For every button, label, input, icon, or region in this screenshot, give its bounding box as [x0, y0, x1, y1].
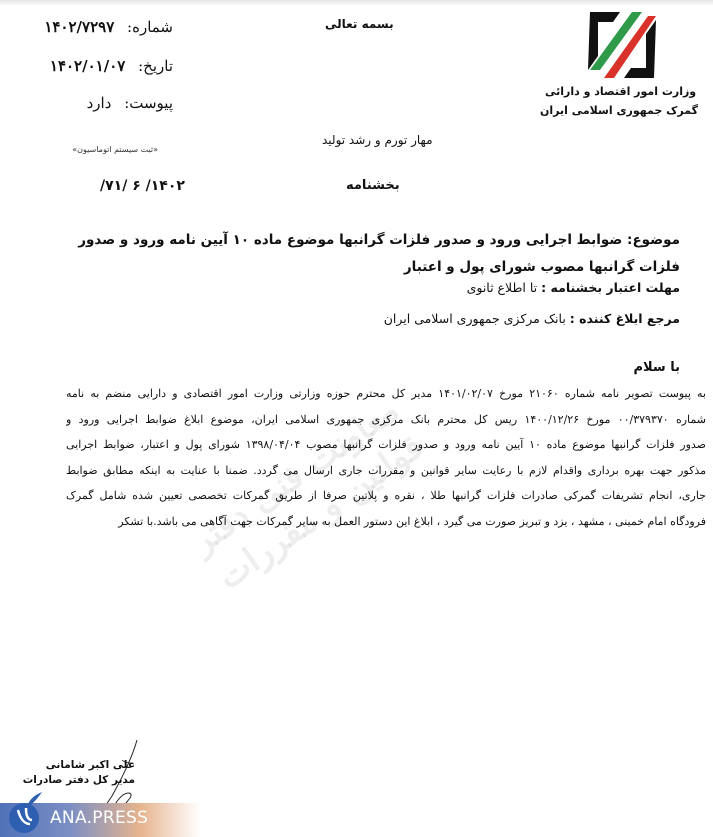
circular-title: بخشنامه — [346, 178, 400, 193]
year-slogan: مهار تورم و رشد تولید — [322, 133, 433, 147]
validity-line: مهلت اعتبار بخشنامه : تا اطلاع ثانوی — [467, 280, 680, 295]
letter-attachment-label: پیوست: — [124, 94, 173, 112]
body-line: به پیوست تصویر نامه شماره ۲۱۰۶۰ مورخ ۱۴۰… — [66, 381, 706, 407]
letter-date-value: ۱۴۰۲/۰۱/۰۷ — [50, 57, 125, 75]
body-line: شماره ۰۰/۳۷۹۳۷۰ مورخ ۱۴۰۰/۱۲/۲۶ ریس کل م… — [66, 407, 706, 433]
body-line: صدور فلزات گرانبها موضوع ماده ۱۰ آیین نا… — [66, 432, 706, 458]
ana-press-logo-icon — [6, 790, 46, 834]
body-line: فرودگاه امام خمینی ، مشهد ، یزد و تبریز … — [66, 509, 706, 535]
letter-date: تاریخ: ۱۴۰۲/۰۱/۰۷ — [50, 57, 173, 75]
reference-label: مرجع ابلاغ کننده : — [570, 311, 680, 326]
validity-label: مهلت اعتبار بخشنامه : — [541, 280, 680, 295]
letter-number-value: ۱۴۰۲/۷۲۹۷ — [44, 18, 114, 36]
customs-agency-name: گمرک جمهوری اسلامی ایران — [540, 104, 698, 117]
letter-date-label: تاریخ: — [138, 57, 173, 75]
customs-logo-icon — [580, 8, 664, 82]
validity-value: تا اطلاع ثانوی — [467, 280, 538, 295]
greeting: با سلام — [634, 360, 680, 375]
letter-attachment-value: دارد — [87, 94, 112, 112]
reference-line: مرجع ابلاغ کننده : بانک مرکزی جمهوری اسل… — [384, 311, 680, 326]
ministry-name: وزارت امور اقتصاد و دارائی — [545, 85, 696, 98]
subject-text: ضوابط اجرایی ورود و صدور فلزات گرانبها م… — [78, 232, 680, 275]
subject-line: موضوع: ضوابط اجرایی ورود و صدور فلزات گر… — [40, 227, 680, 281]
body-line: مذکور جهت بهره برداری واقدام لازم با رعا… — [66, 458, 706, 484]
letter-number-label: شماره: — [127, 18, 173, 36]
signer-title: مدیر کل دفتر صادرات — [23, 773, 135, 788]
circular-number: /۷۱/ ۶ /۱۴۰۲ — [100, 178, 185, 194]
top-shadow — [0, 0, 713, 6]
letter-attachment: پیوست: دارد — [87, 94, 173, 112]
letter-number: شماره: ۱۴۰۲/۷۲۹۷ — [44, 18, 173, 36]
automation-system-note: «ثبت سیستم اتوماسیون» — [72, 145, 158, 154]
signer-block: علی اکبر شامانی مدیر کل دفتر صادرات — [23, 758, 135, 788]
reference-value: بانک مرکزی جمهوری اسلامی ایران — [384, 311, 566, 326]
letter-body: به پیوست تصویر نامه شماره ۲۱۰۶۰ مورخ ۱۴۰… — [66, 381, 706, 534]
bismillah-heading: بسمه تعالی — [325, 17, 394, 31]
body-line: جاری، انجام تشریفات گمرکی صادرات فلزات گ… — [66, 483, 706, 509]
signer-name: علی اکبر شامانی — [23, 758, 135, 773]
press-badge-label: ANA.PRESS — [50, 808, 148, 828]
subject-label: موضوع: — [627, 232, 680, 248]
